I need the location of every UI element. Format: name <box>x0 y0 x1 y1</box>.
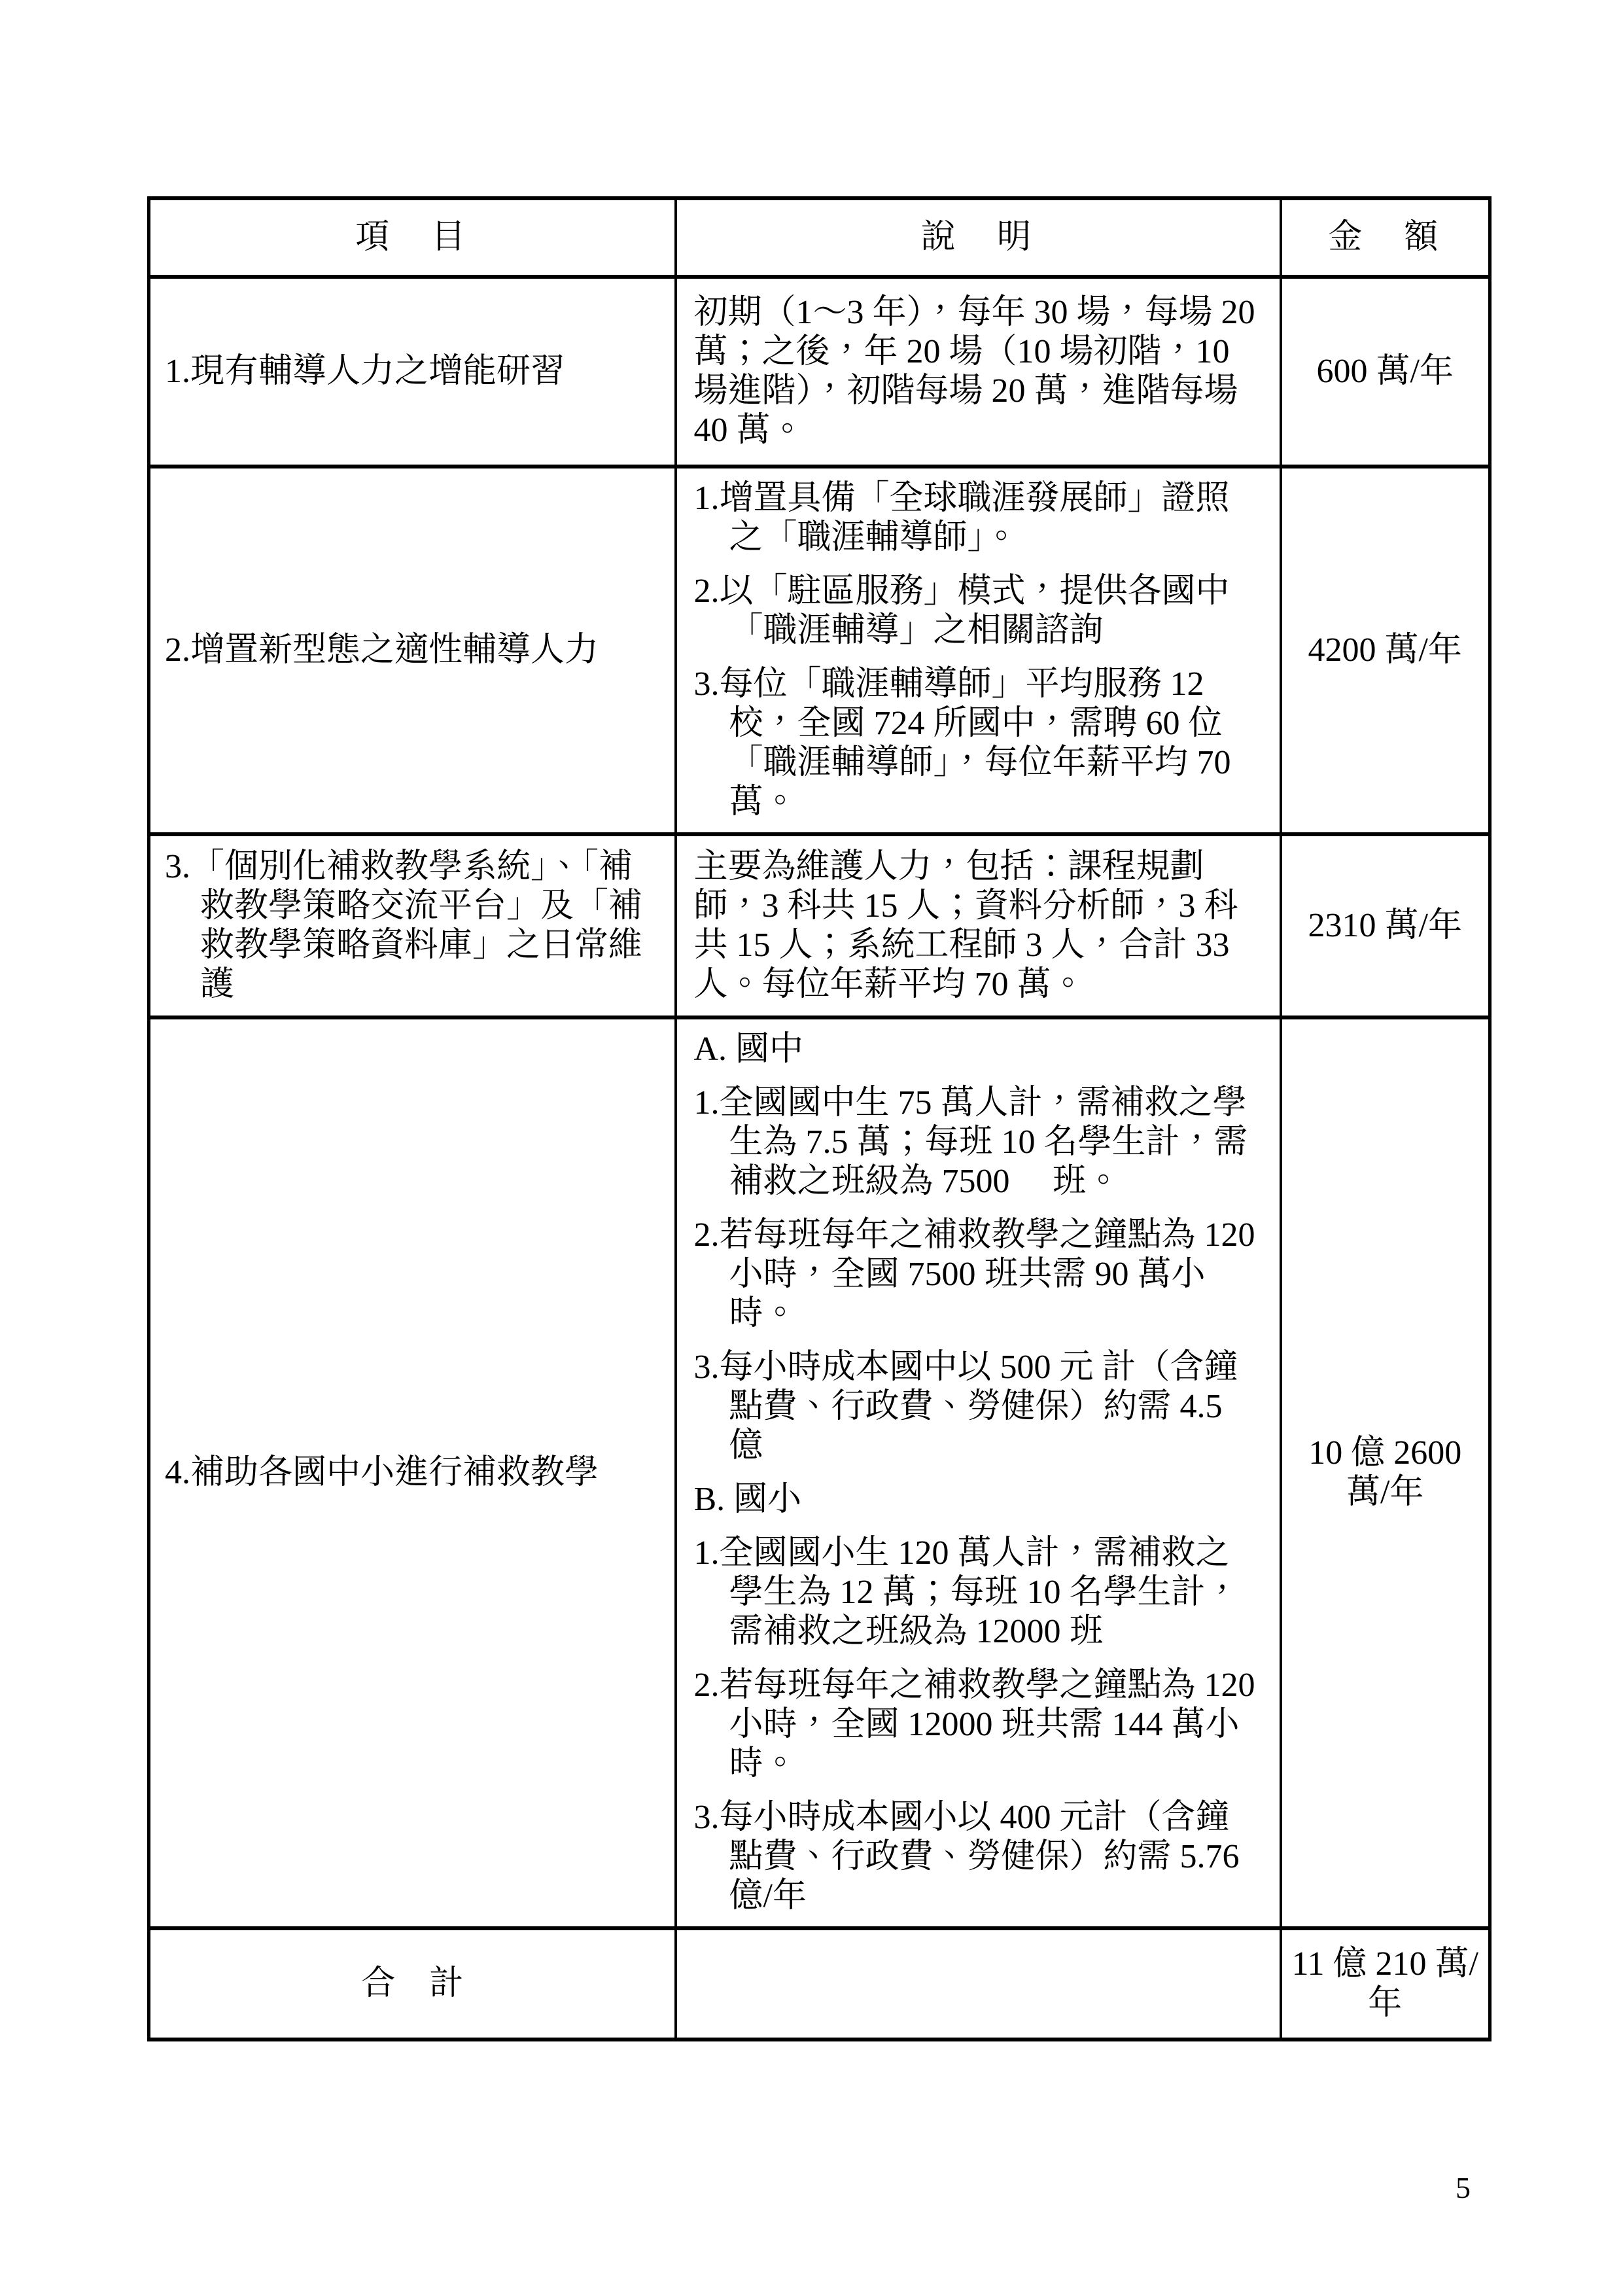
description-paragraph: 1.全國國中生 75 萬人計，需補救之學生為 7.5 萬；每班 10 名學生計，… <box>694 1084 1261 1201</box>
description-paragraph: 2.若每班每年之補救教學之鐘點為 120 小時，全國 7500 班共需 90 萬… <box>694 1216 1261 1333</box>
description-paragraph: 2.以「駐區服務」模式，提供各國中「職涯輔導」之相關諮詢 <box>694 572 1261 650</box>
total-row: 合 計 11 億 210 萬/年 <box>149 1928 1490 2040</box>
table-row: 2.增置新型態之適性輔導人力 1.增置具備「全球職涯發展師」證照之「職涯輔導師」… <box>149 467 1490 834</box>
description-paragraph: 3.每位「職涯輔導師」平均服務 12 校，全國 724 所國中，需聘 60 位「… <box>694 665 1261 822</box>
description-cell: 初期（1～3 年），每年 30 場，每場 20 萬；之後，年 20 場（10 場… <box>676 277 1281 467</box>
amount-cell: 600 萬/年 <box>1281 277 1490 467</box>
description-paragraph: 3.每小時成本國中以 500 元 計（含鐘點費、行政費、勞健保）約需 4.5 億 <box>694 1348 1261 1466</box>
description-paragraph: 1.全國國小生 120 萬人計，需補救之學生為 12 萬；每班 10 名學生計，… <box>694 1534 1261 1651</box>
item-cell: 3.「個別化補救教學系統」、「補救教學策略交流平台」及「補救教學策略資料庫」之日… <box>149 834 676 1017</box>
amount-cell: 10 億 2600 萬/年 <box>1281 1017 1490 1928</box>
budget-table: 項 目 說 明 金 額 1.現有輔導人力之增能研習 初期（1～3 年），每年 3… <box>147 196 1492 2041</box>
page-number: 5 <box>1456 2171 1471 2205</box>
table-header-row: 項 目 說 明 金 額 <box>149 198 1490 277</box>
total-amount-cell: 11 億 210 萬/年 <box>1281 1928 1490 2040</box>
header-item: 項 目 <box>149 198 676 277</box>
description-cell: A. 國中 1.全國國中生 75 萬人計，需補救之學生為 7.5 萬；每班 10… <box>676 1017 1281 1928</box>
amount-cell: 2310 萬/年 <box>1281 834 1490 1017</box>
description-cell: 1.增置具備「全球職涯發展師」證照之「職涯輔導師」。 2.以「駐區服務」模式，提… <box>676 467 1281 834</box>
item-text: 4.補助各國中小進行補救教學 <box>165 1453 663 1492</box>
description-paragraph: 2.若每班每年之補救教學之鐘點為 120 小時，全國 12000 班共需 144… <box>694 1666 1261 1784</box>
document-page: 項 目 說 明 金 額 1.現有輔導人力之增能研習 初期（1～3 年），每年 3… <box>0 0 1623 2296</box>
item-text: 1.現有輔導人力之增能研習 <box>165 352 663 391</box>
table-row: 3.「個別化補救教學系統」、「補救教學策略交流平台」及「補救教學策略資料庫」之日… <box>149 834 1490 1017</box>
total-description-cell <box>676 1928 1281 2040</box>
description-paragraph: 初期（1～3 年），每年 30 場，每場 20 萬；之後，年 20 場（10 場… <box>694 293 1261 450</box>
description-paragraph: 主要為維護人力，包括：課程規劃師，3 科共 15 人；資料分析師，3 科共 15… <box>694 847 1261 1004</box>
item-cell: 2.增置新型態之適性輔導人力 <box>149 467 676 834</box>
amount-cell: 4200 萬/年 <box>1281 467 1490 834</box>
header-amount: 金 額 <box>1281 198 1490 277</box>
item-text: 3.「個別化補救教學系統」、「補救教學策略交流平台」及「補救教學策略資料庫」之日… <box>165 847 663 1004</box>
item-cell: 4.補助各國中小進行補救教學 <box>149 1017 676 1928</box>
item-text: 2.增置新型態之適性輔導人力 <box>165 631 663 670</box>
description-paragraph: 3.每小時成本國小以 400 元計（含鐘點費、行政費、勞健保）約需 5.76 億… <box>694 1798 1261 1916</box>
table-row: 4.補助各國中小進行補救教學 A. 國中 1.全國國中生 75 萬人計，需補救之… <box>149 1017 1490 1928</box>
description-section-heading: A. 國中 <box>694 1030 1261 1069</box>
header-description: 說 明 <box>676 198 1281 277</box>
table-row: 1.現有輔導人力之增能研習 初期（1～3 年），每年 30 場，每場 20 萬；… <box>149 277 1490 467</box>
description-section-heading: B. 國小 <box>694 1480 1261 1519</box>
description-paragraph: 1.增置具備「全球職涯發展師」證照之「職涯輔導師」。 <box>694 479 1261 557</box>
description-cell: 主要為維護人力，包括：課程規劃師，3 科共 15 人；資料分析師，3 科共 15… <box>676 834 1281 1017</box>
total-label-cell: 合 計 <box>149 1928 676 2040</box>
item-cell: 1.現有輔導人力之增能研習 <box>149 277 676 467</box>
